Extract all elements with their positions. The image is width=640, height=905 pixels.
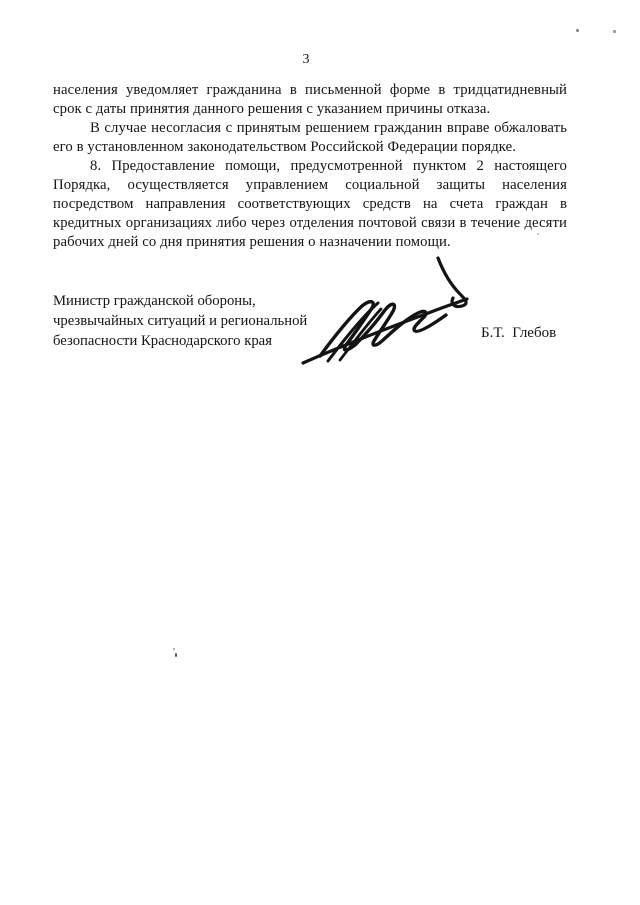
scan-speck: [576, 29, 579, 32]
paragraph-continuation: населения уведомляет гражданина в письме…: [53, 81, 567, 119]
signatory-name: Б.Т. Глебов: [481, 325, 556, 342]
scan-speck: [613, 30, 616, 33]
document-body: населения уведомляет гражданина в письме…: [53, 81, 567, 252]
signatory-title-line: чрезвычайных ситуаций и региональной: [53, 311, 307, 331]
paragraph-clause-8: 8. Предоставление помощи, предусмотренно…: [53, 157, 567, 252]
signatory-title-line: безопасности Краснодарского края: [53, 331, 307, 351]
scan-speck: [173, 648, 175, 650]
scan-speck: [537, 233, 539, 235]
page-number: 3: [53, 52, 559, 68]
document-page: 3 населения уведомляет гражданина в пись…: [0, 0, 640, 905]
signatory-title: Министр гражданской обороны, чрезвычайны…: [53, 291, 307, 351]
scan-speck: [175, 653, 177, 657]
signatory-title-line: Министр гражданской обороны,: [53, 291, 307, 311]
paragraph-appeal-clause: В случае несогласия с принятым решением …: [53, 119, 567, 157]
handwritten-signature-icon: [300, 255, 482, 371]
signature-block: Министр гражданской обороны, чрезвычайны…: [53, 291, 567, 411]
